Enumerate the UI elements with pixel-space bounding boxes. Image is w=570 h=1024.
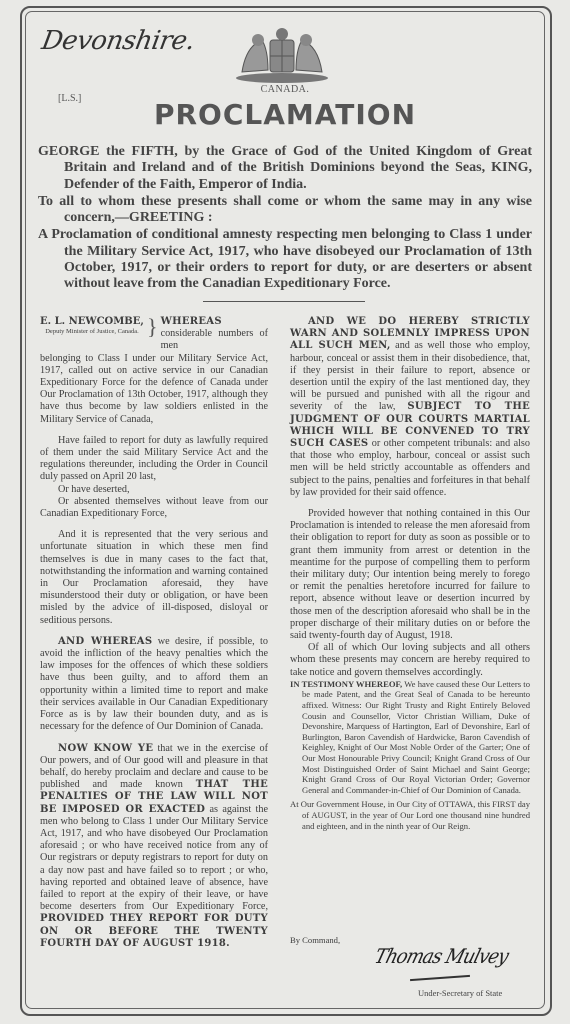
under-secretary-signature: Thomas Mulvey	[372, 944, 511, 968]
governor-signature: Devonshire.	[39, 26, 197, 56]
signatory-title: Under-Secretary of State	[418, 988, 502, 998]
signatory-block: E. L. NEWCOMBE, Deputy Minister of Justi…	[40, 316, 268, 353]
paragraph: AND WHEREAS we desire, if possible, to a…	[40, 636, 268, 734]
paragraph: Or have deserted,	[40, 484, 268, 496]
greeting: To all to whom these presents shall come…	[38, 194, 532, 227]
signatory-role: Deputy Minister of Justice, Canada.	[40, 328, 144, 335]
testimony: IN TESTIMONY WHEREOF, We have caused the…	[290, 679, 530, 796]
paragraph: Or absented themselves without leave fro…	[40, 496, 268, 520]
given-at: At Our Government House, in Our City of …	[290, 799, 530, 831]
royal-style: GEORGE the FIFTH, by the Grace of God of…	[38, 144, 532, 193]
country-label: CANADA.	[0, 84, 570, 95]
right-column: AND WE DO HEREBY STRICTLY WARN AND SOLEM…	[290, 316, 530, 840]
left-column: E. L. NEWCOMBE, Deputy Minister of Justi…	[40, 316, 268, 959]
preamble: GEORGE the FIFTH, by the Grace of God of…	[38, 144, 532, 294]
paragraph: belonging to Class I under our Military …	[40, 353, 268, 426]
paragraph: Have failed to report for duty as lawful…	[40, 435, 268, 484]
paragraph: And it is represented that the very seri…	[40, 529, 268, 627]
paragraph: AND WE DO HEREBY STRICTLY WARN AND SOLEM…	[290, 316, 530, 499]
paragraph: Of all of which Our loving subjects and …	[290, 642, 530, 679]
paragraph: NOW KNOW YE that we in the exercise of O…	[40, 743, 268, 950]
signatory-name: E. L. NEWCOMBE,	[40, 316, 144, 328]
page-title: PROCLAMATION	[0, 98, 570, 131]
brace-glyph: }	[147, 316, 158, 338]
by-command: By Command,	[290, 935, 340, 945]
coat-of-arms-icon	[232, 26, 332, 84]
proclamation-summary: A Proclamation of conditional amnesty re…	[38, 227, 532, 292]
paragraph: Provided however that nothing contained …	[290, 508, 530, 642]
section-divider	[203, 301, 365, 302]
